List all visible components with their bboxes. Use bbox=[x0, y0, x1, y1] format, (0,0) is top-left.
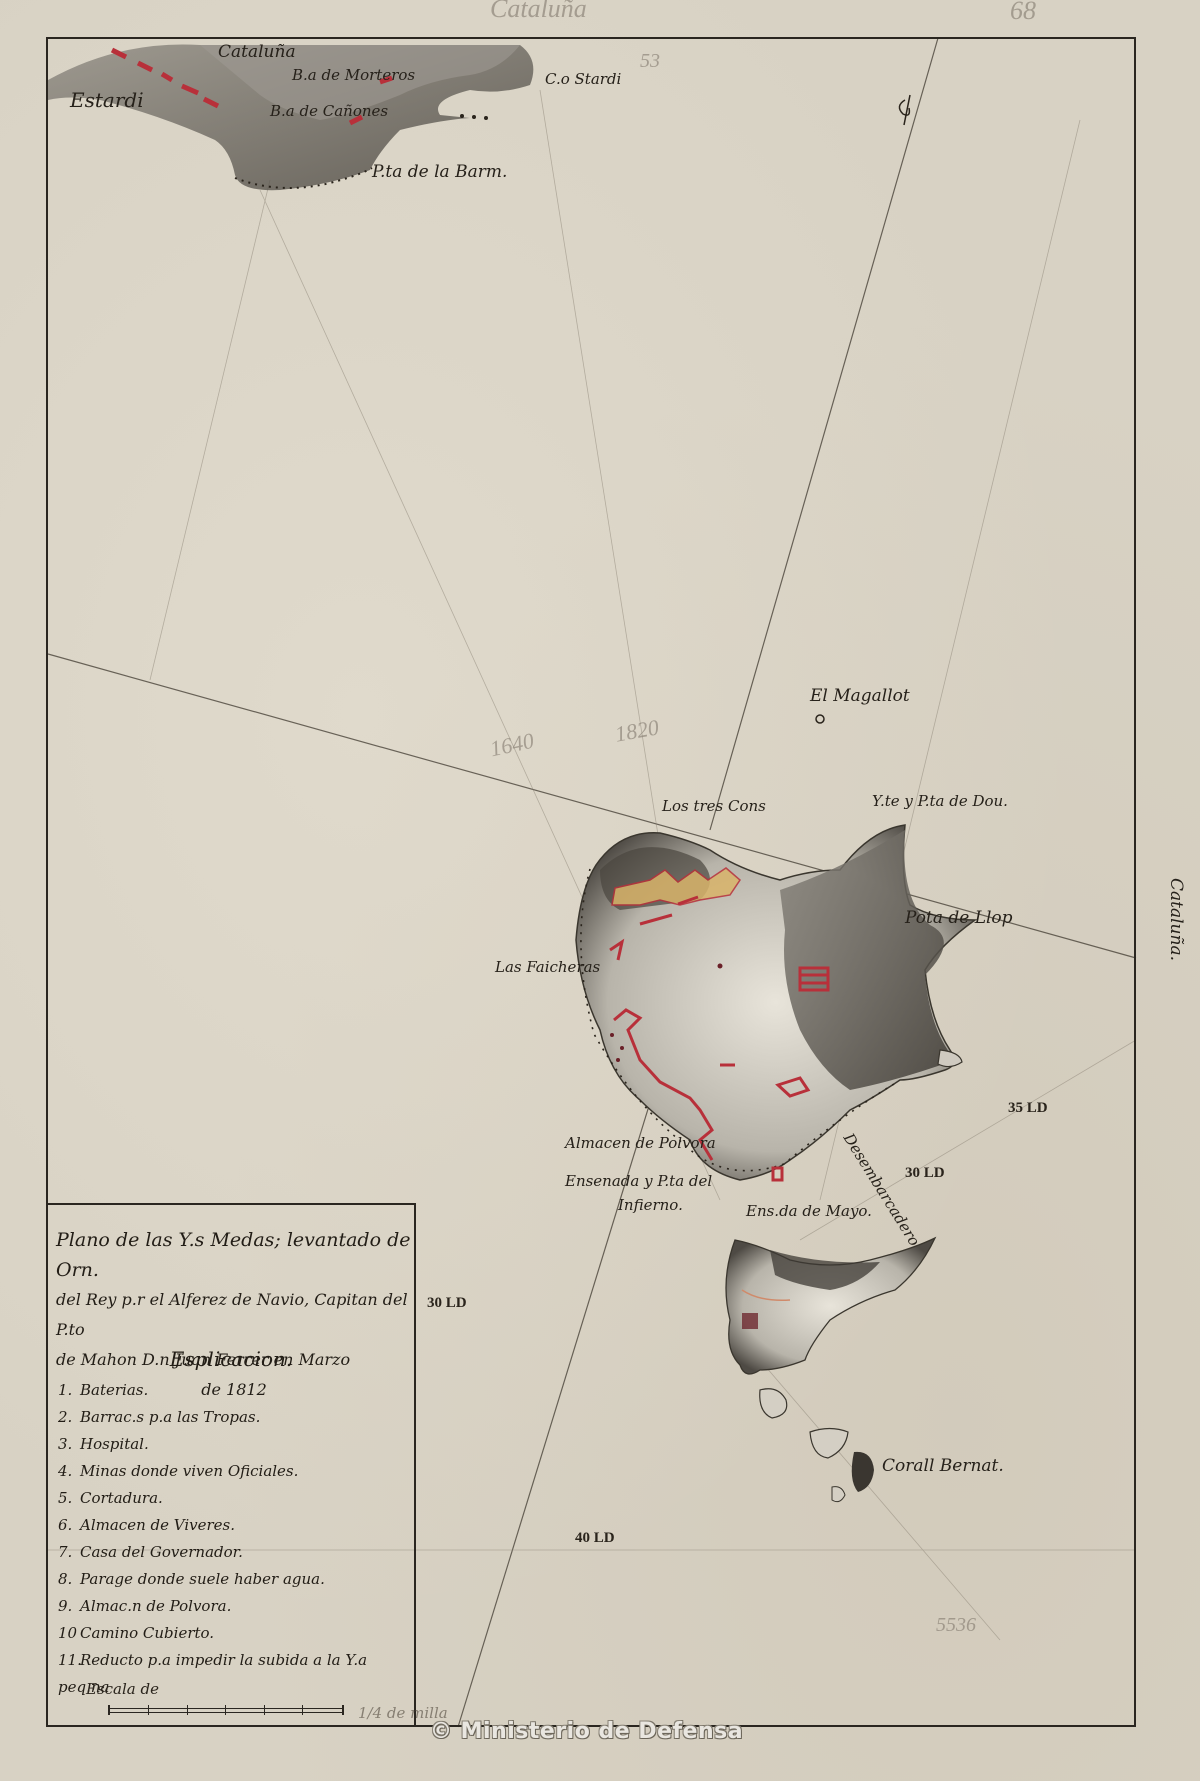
title-line: del Rey p.r el Alferez de Navio, Capitan… bbox=[56, 1285, 412, 1345]
label-pota-de-llop: Pota de Llop bbox=[905, 908, 1013, 928]
legend-item-label: Minas donde viven Oficiales. bbox=[80, 1462, 298, 1480]
legend-item-number: 8. bbox=[58, 1566, 80, 1593]
label-magallot: El Magallot bbox=[810, 686, 910, 706]
legend-item-label: Parage donde suele haber agua. bbox=[80, 1570, 325, 1588]
title-line: Plano de las Y.s Medas; levantado de Orn… bbox=[56, 1225, 412, 1285]
legend-item-number: 5. bbox=[58, 1485, 80, 1512]
legend-item-label: Camino Cubierto. bbox=[80, 1624, 214, 1642]
depth-sounding: 40 LD bbox=[575, 1530, 615, 1547]
scale-bar bbox=[108, 1705, 344, 1715]
label-almacen-polvora: Almacen de Polvora bbox=[565, 1134, 716, 1152]
label-bateria-morteros: B.a de Morteros bbox=[292, 66, 415, 84]
depth-sounding: 30 LD bbox=[905, 1165, 945, 1182]
legend-item: 4.Minas donde viven Oficiales. bbox=[58, 1458, 414, 1485]
legend-item-number: 4. bbox=[58, 1458, 80, 1485]
legend-item: 1.Baterias. bbox=[58, 1377, 414, 1404]
label-ensenada-infierno: Ensenada y P.ta del bbox=[565, 1172, 712, 1190]
legend-item-label: Cortadura. bbox=[80, 1489, 163, 1507]
label-corall-bernat: Corall Bernat. bbox=[882, 1456, 1004, 1476]
label-bateria-canones: B.a de Cañones bbox=[270, 102, 388, 120]
legend-item: 6.Almacen de Viveres. bbox=[58, 1512, 414, 1539]
legend-item-label: Barrac.s p.a las Tropas. bbox=[80, 1408, 260, 1426]
legend-item-number: 10 bbox=[58, 1620, 80, 1647]
legend-item-label: Almacen de Viveres. bbox=[80, 1516, 235, 1534]
legend-item-number: 1. bbox=[58, 1377, 80, 1404]
label-ysla-punta-dou: Y.te y P.ta de Dou. bbox=[872, 792, 1008, 810]
legend-item: 7.Casa del Governador. bbox=[58, 1539, 414, 1566]
legend-item-label: Almac.n de Polvora. bbox=[80, 1597, 231, 1615]
legend-item-number: 7. bbox=[58, 1539, 80, 1566]
legend-item: 8.Parage donde suele haber agua. bbox=[58, 1566, 414, 1593]
label-ensenada-mayo: Ens.da de Mayo. bbox=[746, 1202, 872, 1220]
legend-item-number: 3. bbox=[58, 1431, 80, 1458]
label-cataluna-coast: Cataluña bbox=[218, 42, 296, 62]
label-estardi: Estardi bbox=[70, 88, 144, 112]
legend-item-label: Hospital. bbox=[80, 1435, 149, 1453]
legend-item-number: 9. bbox=[58, 1593, 80, 1620]
legend-item-label: Baterias. bbox=[80, 1381, 148, 1399]
legend-item-number: 6. bbox=[58, 1512, 80, 1539]
depth-sounding: 30 LD bbox=[427, 1295, 467, 1312]
map-legend: Plano de las Y.s Medas; levantado de Orn… bbox=[46, 1203, 416, 1727]
label-las-faicheras: Las Faicheras bbox=[495, 958, 600, 976]
legend-heading: Esplicacion. bbox=[48, 1347, 414, 1371]
label-punta-barm: P.ta de la Barm. bbox=[372, 162, 507, 182]
label-cabo-stardi: C.o Stardi bbox=[545, 70, 621, 88]
label-los-tres-cons: Los tres Cons bbox=[662, 797, 766, 815]
copyright-watermark: © Ministerio de Defensa bbox=[430, 1719, 743, 1744]
legend-item-number: 11. bbox=[58, 1647, 80, 1674]
legend-item-label: Casa del Governador. bbox=[80, 1543, 243, 1561]
legend-item: 10Camino Cubierto. bbox=[58, 1620, 414, 1647]
legend-item: 3.Hospital. bbox=[58, 1431, 414, 1458]
label-cataluna-side: Cataluña. bbox=[1166, 878, 1186, 961]
scale-label: Escala de bbox=[86, 1680, 159, 1698]
depth-sounding: 35 LD bbox=[1008, 1100, 1048, 1117]
legend-item: 9.Almac.n de Polvora. bbox=[58, 1593, 414, 1620]
label-infierno: Infierno. bbox=[618, 1196, 683, 1214]
legend-list: 1.Baterias. 2.Barrac.s p.a las Tropas. 3… bbox=[58, 1377, 414, 1701]
legend-item-number: 2. bbox=[58, 1404, 80, 1431]
legend-item: 2.Barrac.s p.a las Tropas. bbox=[58, 1404, 414, 1431]
legend-item: 5.Cortadura. bbox=[58, 1485, 414, 1512]
